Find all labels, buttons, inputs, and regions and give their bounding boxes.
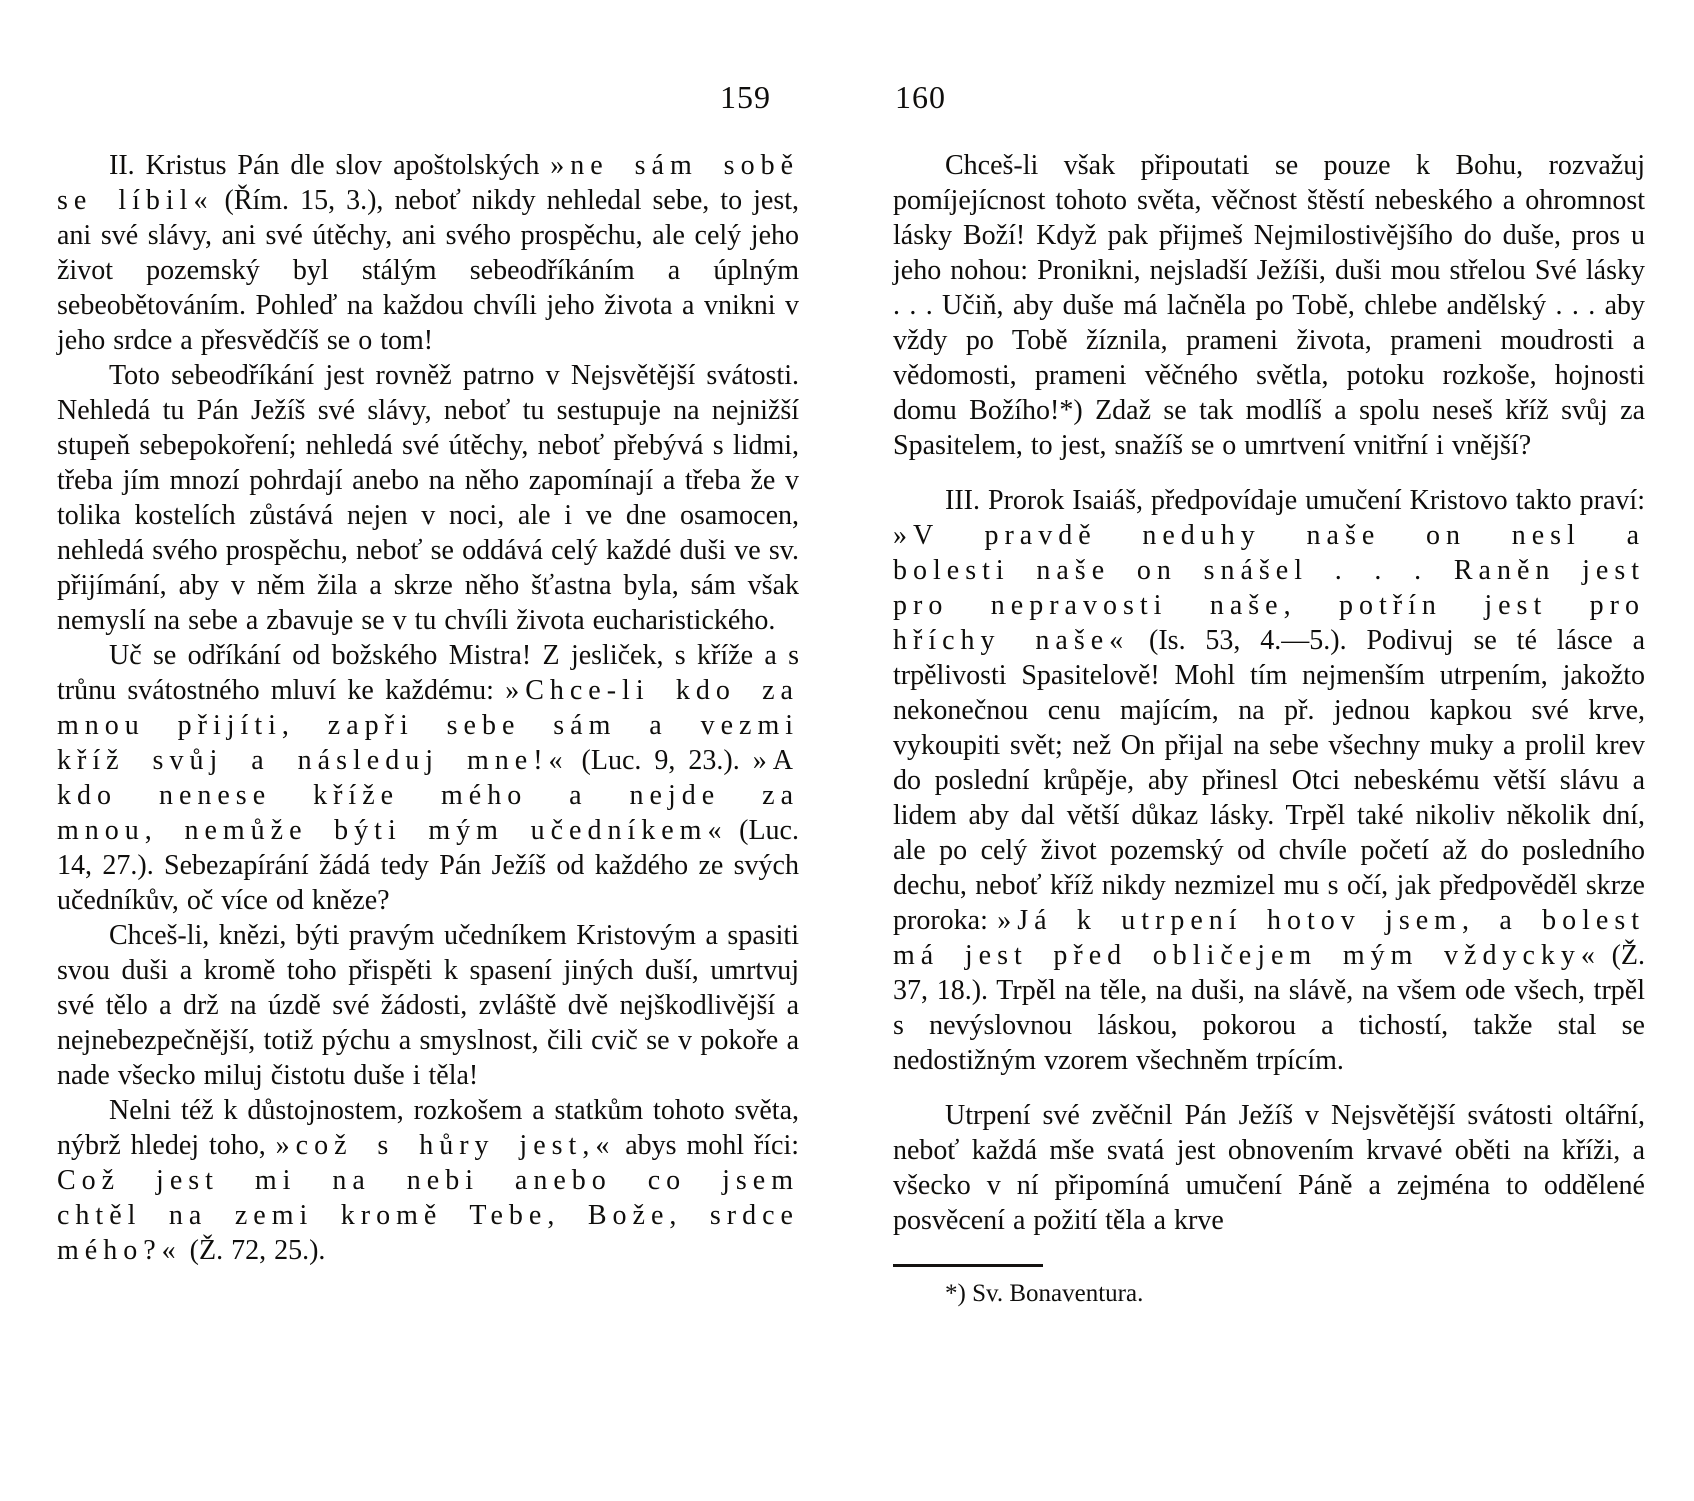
text-segment: (Is. 53, 4.—5.). Podivuj se té lásce a t…: [893, 625, 1645, 936]
text-segment: Chceš-li, knězi, býti pravým učedníkem K…: [57, 920, 799, 1091]
book-scan-spread: { "left_page": { "page_number": "159", "…: [0, 0, 1694, 1501]
text-segment: abys mohl říci:: [615, 1130, 799, 1161]
text-segment: Chceš-li však připoutati se pouze k Bohu…: [893, 150, 1645, 461]
paragraph: III. Prorok Isaiáš, předpovídaje umučení…: [893, 483, 1645, 1078]
paragraph: Chceš-li však připoutati se pouze k Bohu…: [893, 148, 1645, 463]
text-segment-emphasis: »což s hůry jest,«: [276, 1130, 616, 1161]
text-segment: Toto sebeodříkání jest rovněž patrno v N…: [57, 360, 799, 636]
text-segment-emphasis: »Já k utrpení hotov jsem, a bolest má je…: [893, 905, 1645, 971]
paragraph: Uč se odříkání od božského Mistra! Z jes…: [57, 638, 799, 918]
page-number: 160: [893, 80, 1645, 114]
paragraph: Toto sebeodříkání jest rovněž patrno v N…: [57, 358, 799, 638]
page-number: 159: [57, 80, 799, 114]
text-segment: III. Prorok Isaiáš, předpovídaje umučení…: [945, 485, 1645, 516]
page-body: Chceš-li však připoutati se pouze k Bohu…: [893, 148, 1645, 1309]
footnote: *) Sv. Bonaventura.: [893, 1279, 1645, 1309]
text-segment: Utrpení své zvěčnil Pán Ježíš v Nejsvětě…: [893, 1100, 1645, 1236]
text-segment: II. Kristus Pán dle slov apoštolských: [109, 150, 550, 181]
left-page: 159 II. Kristus Pán dle slov apoštolskýc…: [57, 80, 799, 1268]
text-segment: (Luc. 9, 23.).: [569, 745, 753, 776]
paragraph: Chceš-li, knězi, býti pravým učedníkem K…: [57, 918, 799, 1093]
paragraph: Utrpení své zvěčnil Pán Ježíš v Nejsvětě…: [893, 1098, 1645, 1238]
paragraph: II. Kristus Pán dle slov apoštolských »n…: [57, 148, 799, 358]
footnote-rule: [893, 1264, 1043, 1267]
right-page: 160 Chceš-li však připoutati se pouze k …: [893, 80, 1645, 1309]
paragraph: Nelni též k důstojnostem, rozkošem a sta…: [57, 1093, 799, 1268]
page-body: II. Kristus Pán dle slov apoštolských »n…: [57, 148, 799, 1268]
text-segment: (Ž. 72, 25.).: [182, 1235, 326, 1266]
text-segment-emphasis: Což jest mi na nebi anebo co jsem chtěl …: [57, 1165, 799, 1266]
